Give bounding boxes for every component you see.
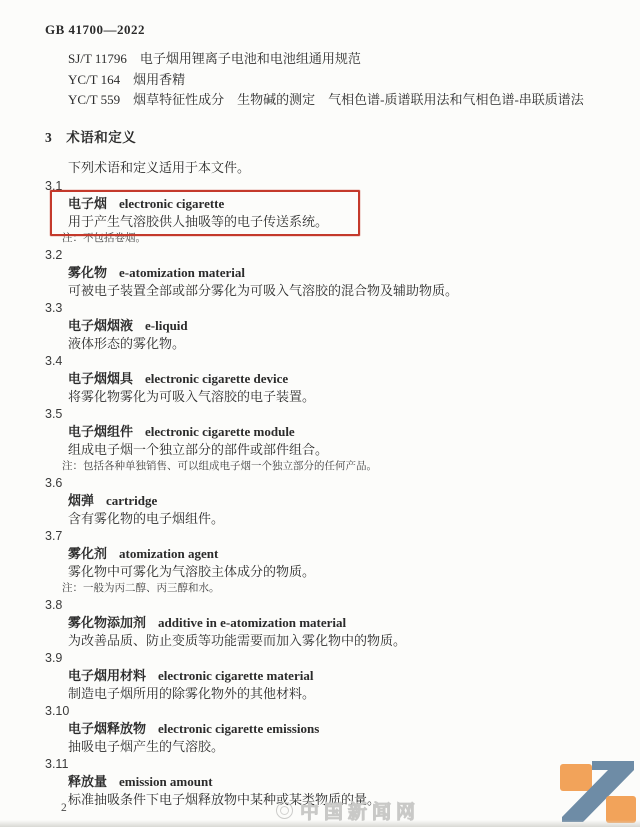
term-entry: 3.10 电子烟释放物electronic cigarette emission… <box>45 703 620 756</box>
term-number: 3.6 <box>45 475 620 492</box>
term-definition: 将雾化物雾化为可吸入气溶胶的电子装置。 <box>45 388 620 406</box>
term-entry: 3.3 电子烟烟液e-liquid 液体形态的雾化物。 <box>45 300 620 353</box>
term-name-en: electronic cigarette module <box>145 424 295 439</box>
term-body: 电子烟electronic cigarette 用于产生气溶胶供人抽吸等的电子传… <box>45 195 620 231</box>
term-name: 释放量emission amount <box>45 773 620 791</box>
term-definition: 液体形态的雾化物。 <box>45 335 620 353</box>
term-number: 3.11 <box>45 756 620 773</box>
term-definition: 为改善品质、防止变质等功能需要而加入雾化物中的物质。 <box>45 632 620 650</box>
term-definition: 抽吸电子烟产生的气溶胶。 <box>45 738 620 756</box>
reference-item: SJ/T 11796电子烟用锂离子电池和电池组通用规范 <box>68 49 620 70</box>
term-number: 3.4 <box>45 353 620 370</box>
term-name-en: e-atomization material <box>119 265 245 280</box>
term-entry: 3.1 电子烟electronic cigarette 用于产生气溶胶供人抽吸等… <box>45 178 620 247</box>
section-intro: 下列术语和定义适用于本文件。 <box>68 157 250 176</box>
term-number: 3.2 <box>45 247 620 264</box>
reference-item: YC/T 164烟用香精 <box>68 70 620 91</box>
reference-code: YC/T 559 <box>68 92 120 107</box>
term-entry: 3.8 雾化物添加剂additive in e-atomization mate… <box>45 597 620 650</box>
term-name-zh: 雾化物添加剂 <box>68 615 146 630</box>
reference-code: SJ/T 11796 <box>68 51 127 66</box>
terms-list: 3.1 电子烟electronic cigarette 用于产生气溶胶供人抽吸等… <box>45 178 620 809</box>
term-definition: 雾化物中可雾化为气溶胶主体成分的物质。 <box>45 563 620 581</box>
term-body: 雾化剂atomization agent 雾化物中可雾化为气溶胶主体成分的物质。 <box>45 545 620 581</box>
term-name: 电子烟electronic cigarette <box>45 195 620 213</box>
term-name-zh: 电子烟组件 <box>68 424 133 439</box>
term-body: 电子烟组件electronic cigarette module 组成电子烟一个… <box>45 423 620 459</box>
reference-title: 烟用香精 <box>133 72 185 87</box>
term-name: 雾化物添加剂additive in e-atomization material <box>45 614 620 632</box>
term-number: 3.10 <box>45 703 620 720</box>
reference-item: YC/T 559烟草特征性成分 生物碱的测定 气相色谱-质谱联用法和气相色谱-串… <box>68 90 620 111</box>
term-body: 雾化物添加剂additive in e-atomization material… <box>45 614 620 650</box>
term-entry: 3.6 烟弹cartridge 含有雾化物的电子烟组件。 <box>45 475 620 528</box>
normative-references: SJ/T 11796电子烟用锂离子电池和电池组通用规范 YC/T 164烟用香精… <box>68 49 620 111</box>
photo-edge <box>0 820 640 827</box>
term-name: 电子烟组件electronic cigarette module <box>45 423 620 441</box>
term-name-en: e-liquid <box>145 318 188 333</box>
term-number: 3.1 <box>45 178 620 195</box>
term-entry: 3.9 电子烟用材料electronic cigarette material … <box>45 650 620 703</box>
document-code: GB 41700—2022 <box>45 22 145 38</box>
term-note: 注：包括各种单独销售、可以组成电子烟一个独立部分的任何产品。 <box>45 459 620 475</box>
term-body: 电子烟烟液e-liquid 液体形态的雾化物。 <box>45 317 620 353</box>
term-entry: 3.4 电子烟烟具electronic cigarette device 将雾化… <box>45 353 620 406</box>
term-number: 3.3 <box>45 300 620 317</box>
term-definition: 用于产生气溶胶供人抽吸等的电子传送系统。 <box>45 213 620 231</box>
term-body: 电子烟烟具electronic cigarette device 将雾化物雾化为… <box>45 370 620 406</box>
term-entry: 3.7 雾化剂atomization agent 雾化物中可雾化为气溶胶主体成分… <box>45 528 620 597</box>
term-name-zh: 雾化剂 <box>68 546 107 561</box>
term-name-en: electronic cigarette material <box>158 668 313 683</box>
news-logo-icon <box>556 758 638 826</box>
term-name-zh: 电子烟烟具 <box>68 371 133 386</box>
term-name-zh: 释放量 <box>68 774 107 789</box>
term-definition: 制造电子烟所用的除雾化物外的其他材料。 <box>45 685 620 703</box>
term-number: 3.8 <box>45 597 620 614</box>
term-body: 雾化物e-atomization material 可被电子装置全部或部分雾化为… <box>45 264 620 300</box>
term-body: 电子烟释放物electronic cigarette emissions 抽吸电… <box>45 720 620 756</box>
term-name: 雾化物e-atomization material <box>45 264 620 282</box>
term-entry: 3.2 雾化物e-atomization material 可被电子装置全部或部… <box>45 247 620 300</box>
term-note: 注：一般为丙二醇、丙三醇和水。 <box>45 581 620 597</box>
watermark-circle-icon <box>276 802 293 819</box>
term-definition: 组成电子烟一个独立部分的部件或部件组合。 <box>45 441 620 459</box>
term-name: 电子烟释放物electronic cigarette emissions <box>45 720 620 738</box>
term-name-en: atomization agent <box>119 546 218 561</box>
term-definition: 可被电子装置全部或部分雾化为可吸入气溶胶的混合物及辅助物质。 <box>45 282 620 300</box>
term-body: 烟弹cartridge 含有雾化物的电子烟组件。 <box>45 492 620 528</box>
section-heading: 3 术语和定义 <box>45 126 136 146</box>
term-name-en: electronic cigarette <box>119 196 224 211</box>
term-entry: 3.5 电子烟组件electronic cigarette module 组成电… <box>45 406 620 475</box>
term-name: 电子烟用材料electronic cigarette material <box>45 667 620 685</box>
reference-title: 电子烟用锂离子电池和电池组通用规范 <box>140 51 361 66</box>
term-definition: 含有雾化物的电子烟组件。 <box>45 510 620 528</box>
term-name-zh: 电子烟 <box>68 196 107 211</box>
term-name-zh: 电子烟用材料 <box>68 668 146 683</box>
term-note: 注：不包括卷烟。 <box>45 231 620 247</box>
term-name-en: cartridge <box>106 493 157 508</box>
term-name-zh: 电子烟释放物 <box>68 721 146 736</box>
term-name-zh: 烟弹 <box>68 493 94 508</box>
term-name-en: emission amount <box>119 774 213 789</box>
term-name-en: electronic cigarette device <box>145 371 288 386</box>
term-name-zh: 电子烟烟液 <box>68 318 133 333</box>
reference-code: YC/T 164 <box>68 72 120 87</box>
term-number: 3.5 <box>45 406 620 423</box>
term-name: 电子烟烟液e-liquid <box>45 317 620 335</box>
term-name-zh: 雾化物 <box>68 265 107 280</box>
term-body: 电子烟用材料electronic cigarette material 制造电子… <box>45 667 620 703</box>
term-number: 3.9 <box>45 650 620 667</box>
term-name: 烟弹cartridge <box>45 492 620 510</box>
term-name: 电子烟烟具electronic cigarette device <box>45 370 620 388</box>
reference-title: 烟草特征性成分 生物碱的测定 气相色谱-质谱联用法和气相色谱-串联质谱法 <box>133 92 584 107</box>
term-name-en: additive in e-atomization material <box>158 615 346 630</box>
term-number: 3.7 <box>45 528 620 545</box>
page-number: 2 <box>61 802 67 814</box>
term-name-en: electronic cigarette emissions <box>158 721 319 736</box>
term-name: 雾化剂atomization agent <box>45 545 620 563</box>
